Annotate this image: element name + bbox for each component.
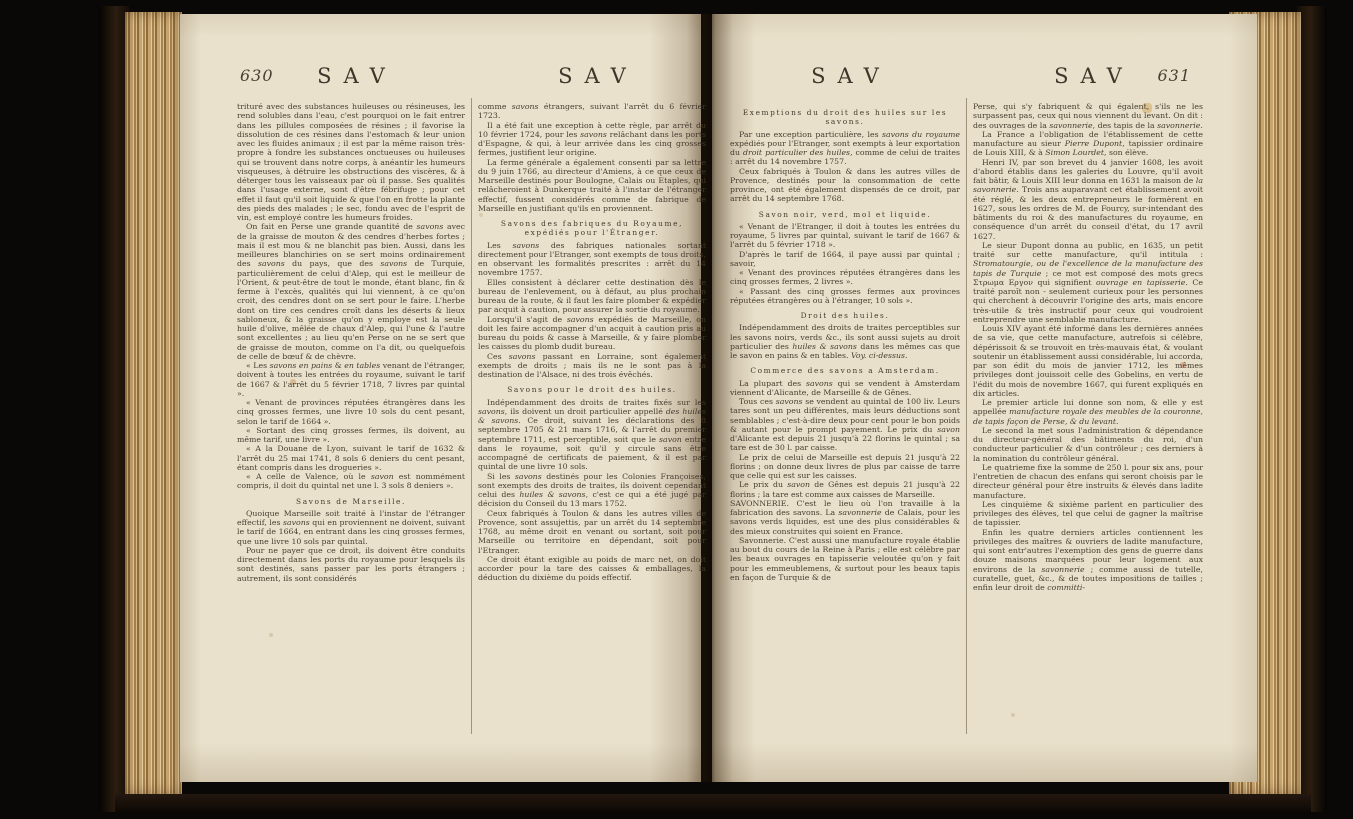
paragraph: On fait en Perse une grande quantité de … <box>237 222 465 361</box>
paragraph: « A celle de Valence, où le savon est no… <box>237 472 465 491</box>
paragraph: D'après le tarif de 1664, il paye aussi … <box>730 250 960 269</box>
section-heading: Savon noir, verd, mol et liquide. <box>736 210 954 219</box>
paper-stains <box>180 14 182 16</box>
column-text: Perse, qui s'y fabriquent & qui égalent,… <box>973 102 1203 736</box>
paragraph: Si les savons destinés pour les Colonies… <box>478 472 706 509</box>
paragraph: Henri IV, par son brevet du 4 janvier 16… <box>973 158 1203 241</box>
paragraph: comme savons étrangers, suivant l'arrêt … <box>478 102 706 121</box>
column-divider-rule <box>471 98 472 734</box>
right-page-column-1: SAV Exemptions du droit des huiles sur l… <box>730 64 960 736</box>
paragraph: Savonnerie. C'est aussi une manufacture … <box>730 536 960 582</box>
section-heading: Droit des huiles. <box>736 311 954 320</box>
running-head: SAV <box>478 64 706 94</box>
paragraph: Il a été fait une exception à cette règl… <box>478 121 706 158</box>
paragraph: Indépendamment des droits de traites fix… <box>478 398 706 472</box>
paragraph: Les cinquième & sixième parlent en parti… <box>973 500 1203 528</box>
paragraph: Le sieur Dupont donna au public, en 1635… <box>973 241 1203 324</box>
book-cover-right-edge <box>1297 6 1327 812</box>
paragraph: Elles consistent à déclarer cette destin… <box>478 278 706 315</box>
column-text: Exemptions du droit des huiles sur les s… <box>730 102 960 736</box>
paragraph: « A la Douane de Lyon, suivant le tarif … <box>237 444 465 472</box>
paragraph: « Passant des cinq grosses fermes aux pr… <box>730 287 960 306</box>
paragraph: Ce droit étant exigible au poids de marc… <box>478 555 706 583</box>
paragraph: « Venant de l'Etranger, il doit à toutes… <box>730 222 960 250</box>
paragraph: La plupart des savons qui se vendent à A… <box>730 379 960 398</box>
right-page-column-2: SAV Perse, qui s'y fabriquent & qui égal… <box>973 64 1203 736</box>
paragraph: « Venant de provinces réputées étrangère… <box>237 398 465 426</box>
open-book: 630 SAV trituré avec des substances huil… <box>99 6 1327 812</box>
paragraph: Ceux fabriqués à Toulon & dans les autre… <box>478 509 706 555</box>
paragraph: Perse, qui s'y fabriquent & qui égalent,… <box>973 102 1203 130</box>
paragraph: Le prix de celui de Marseille est depuis… <box>730 453 960 481</box>
page-stack-fore-edge-left <box>125 12 182 794</box>
paragraph: « Sortant des cinq grosses fermes, ils d… <box>237 426 465 445</box>
section-heading: Commerce des savons a Amsterdam. <box>736 366 954 375</box>
paragraph: Ces savons passant en Lorraine, sont éga… <box>478 352 706 380</box>
column-text: trituré avec des substances huileuses ou… <box>237 102 465 736</box>
left-page: 630 SAV trituré avec des substances huil… <box>180 14 701 782</box>
paragraph: Enfin les quatre derniers articles conti… <box>973 528 1203 593</box>
running-head: SAV <box>237 64 465 94</box>
paragraph: La France a l'obligation de l'établissem… <box>973 130 1203 158</box>
paragraph: Indépendamment des droits de traites per… <box>730 323 960 360</box>
running-head: SAV <box>730 64 960 94</box>
paragraph: Ceux fabriqués à Toulon & dans les autre… <box>730 167 960 204</box>
paper-stains <box>712 14 714 16</box>
paragraph: Les savons des fabriques nationales sort… <box>478 241 706 278</box>
section-heading: Exemptions du droit des huiles sur les s… <box>736 108 954 127</box>
paragraph: Le quatrieme fixe la somme de 250 l. pou… <box>973 463 1203 500</box>
paragraph: Le prix du savon de Gênes est depuis 21 … <box>730 480 960 499</box>
paragraph: SAVONNERIE. C'est le lieu où l'on travai… <box>730 499 960 536</box>
paragraph: Par une exception particulière, les savo… <box>730 130 960 167</box>
column-divider-rule <box>966 98 967 734</box>
running-head: SAV <box>973 64 1203 94</box>
section-heading: Savons pour le droit des huiles. <box>484 385 700 394</box>
page-stack-bottom-edge <box>179 782 1231 798</box>
photo-of-open-book: { "colors":{ "background":"#0a0807", "pa… <box>0 0 1353 819</box>
paragraph: La ferme générale a également consenti p… <box>478 158 706 214</box>
paragraph: Tous ces savons se vendent au quintal de… <box>730 397 960 453</box>
paragraph: Quoique Marseille soit traité à l'instar… <box>237 509 465 546</box>
right-page: 631 SAV Exemptions du droit des huiles s… <box>712 14 1257 782</box>
column-text: comme savons étrangers, suivant l'arrêt … <box>478 102 706 736</box>
paragraph: « Venant des provinces réputées étrangèr… <box>730 268 960 287</box>
paragraph: Pour ne payer que ce droit, ils doivent … <box>237 546 465 583</box>
paragraph: Lorsqu'il s'agit de savons expédiés de M… <box>478 315 706 352</box>
section-heading: Savons des fabriques du Royaume, expédié… <box>484 219 700 238</box>
paragraph: Le second la met sous l'administration &… <box>973 426 1203 463</box>
section-heading: Savons de Marseille. <box>243 497 459 506</box>
paragraph: Louis XIV ayant été informé dans les der… <box>973 324 1203 398</box>
left-page-column-2: SAV comme savons étrangers, suivant l'ar… <box>478 64 706 736</box>
paragraph: Le premier article lui donne son nom, & … <box>973 398 1203 426</box>
paragraph: « Les savons en pains & en tables venant… <box>237 361 465 398</box>
paragraph: trituré avec des substances huileuses ou… <box>237 102 465 222</box>
left-page-column-1: SAV trituré avec des substances huileuse… <box>237 64 465 736</box>
